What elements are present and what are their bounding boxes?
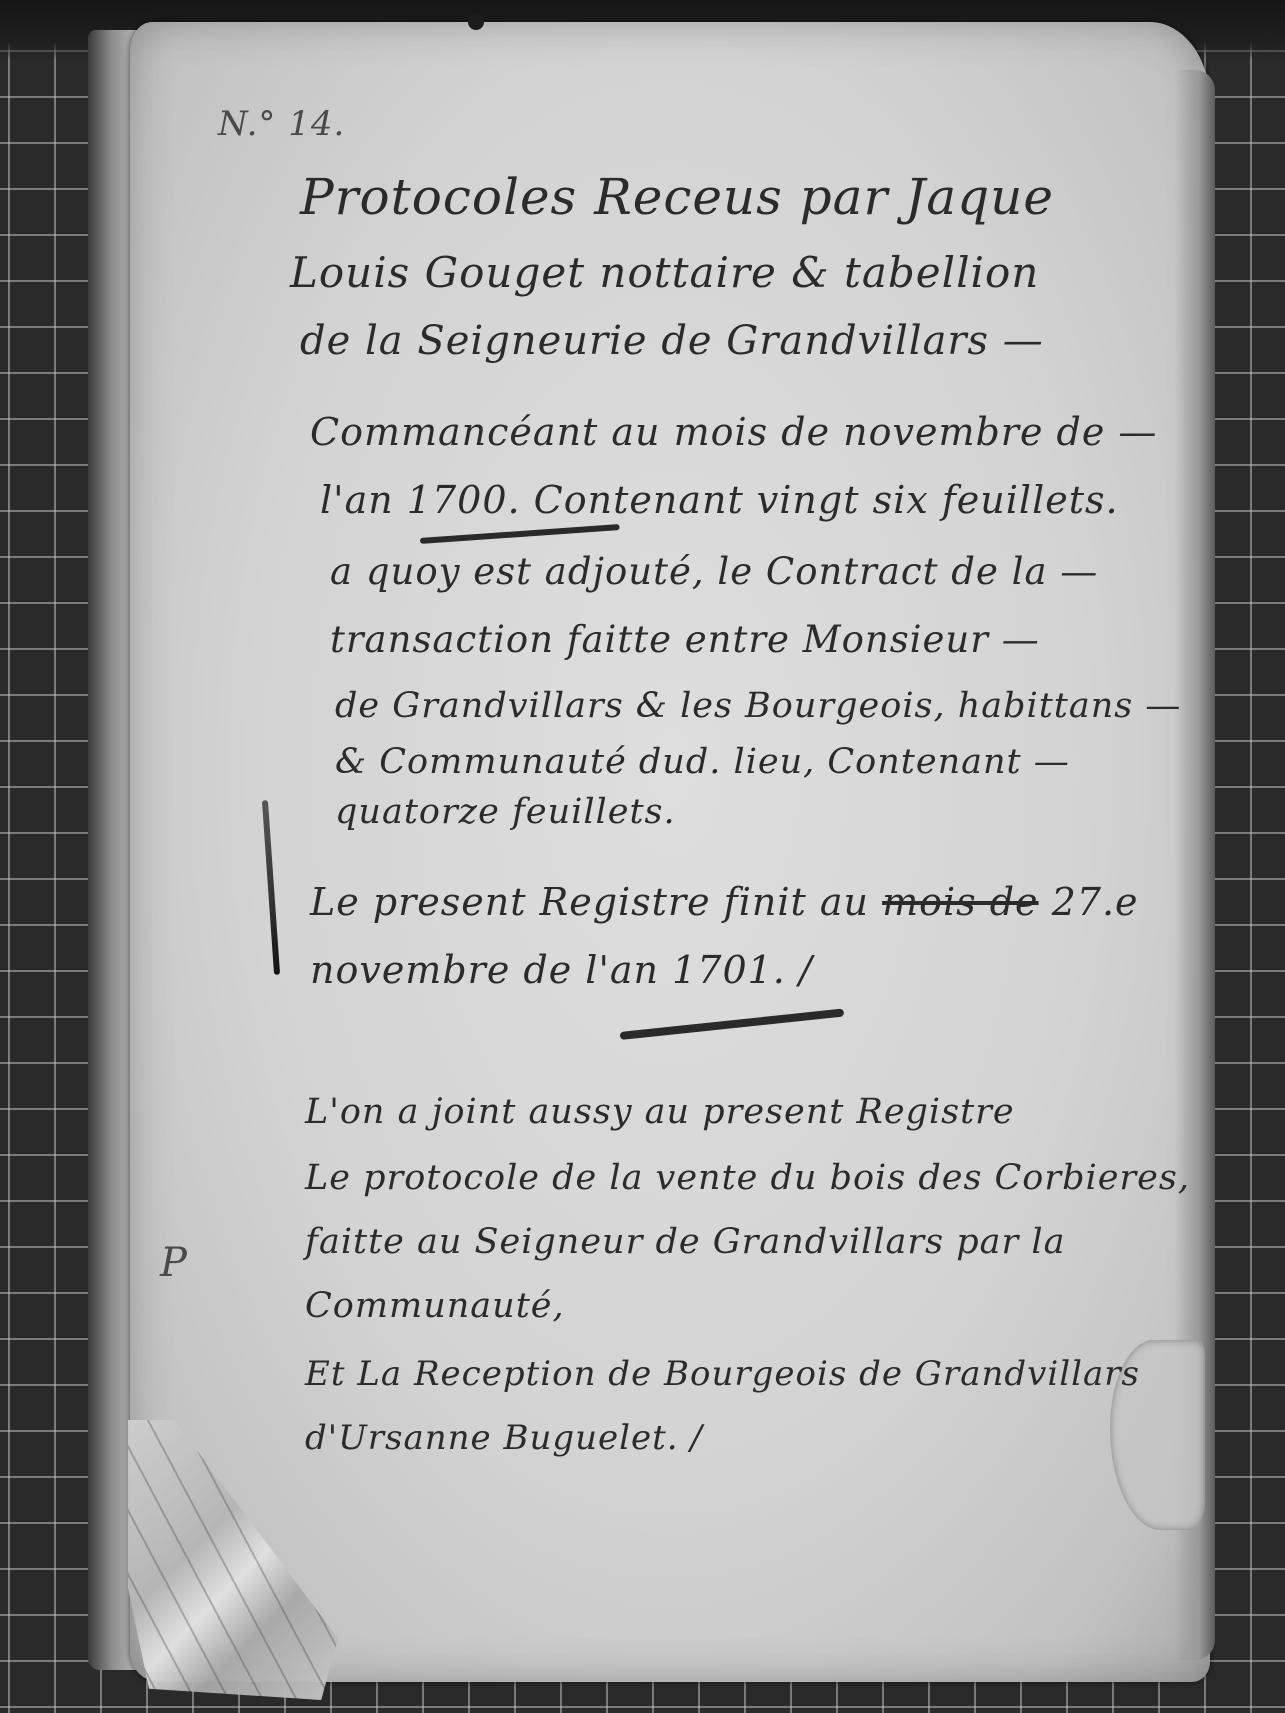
paragraph-3-line-1: L'on a joint aussy au present Registre [305,1092,1015,1132]
underline-stroke [620,1009,845,1040]
paragraph-2-line-1: Le present Registre finit au mois de 27.… [310,880,1139,924]
paragraph-1-line-5: de Grandvillars & les Bourgeois, habitta… [335,686,1181,726]
paragraph-1-line-7: quatorze feuillets. [335,792,676,832]
folio-number: N.° 14. [218,104,345,144]
paragraph-4-line-1: Et La Reception de Bourgeois de Grandvil… [305,1354,1140,1394]
paragraph-3-line-4: Communauté, [305,1286,565,1326]
paragraph-2-line-2: novembre de l'an 1701. / [310,948,813,992]
paragraph-3-line-2: Le protocole de la vente du bois des Cor… [305,1158,1190,1198]
margin-mark: P [160,1240,187,1286]
struck-through-text: mois de [882,880,1038,924]
paragraph-1-line-3: a quoy est adjouté, le Contract de la — [330,550,1098,593]
underline-stroke [420,524,620,544]
title-line-2: Louis Gouget nottaire & tabellion [290,248,1039,297]
end-statement-prefix: Le present Registre finit au [310,880,882,924]
paragraph-3-line-3: faitte au Seigneur de Grandvillars par l… [305,1222,1065,1262]
paragraph-1-line-2: l'an 1700. Contenant vingt six feuillets… [320,478,1119,522]
margin-bracket [262,800,280,975]
paragraph-1-line-1: Commancéant au mois de novembre de — [310,410,1157,454]
paragraph-1-line-6: & Communauté dud. lieu, Contenant — [335,742,1070,782]
paragraph-4-line-2: d'Ursanne Buguelet. / [305,1418,703,1458]
manuscript-text: N.° 14. Protocoles Receus par Jaque Loui… [0,0,1285,1713]
end-date-day: 27.e [1039,880,1139,924]
paragraph-1-line-4: transaction faitte entre Monsieur — [330,618,1040,661]
title-line-1: Protocoles Receus par Jaque [300,168,1054,226]
title-line-3: de la Seigneurie de Grandvillars — [300,318,1044,364]
